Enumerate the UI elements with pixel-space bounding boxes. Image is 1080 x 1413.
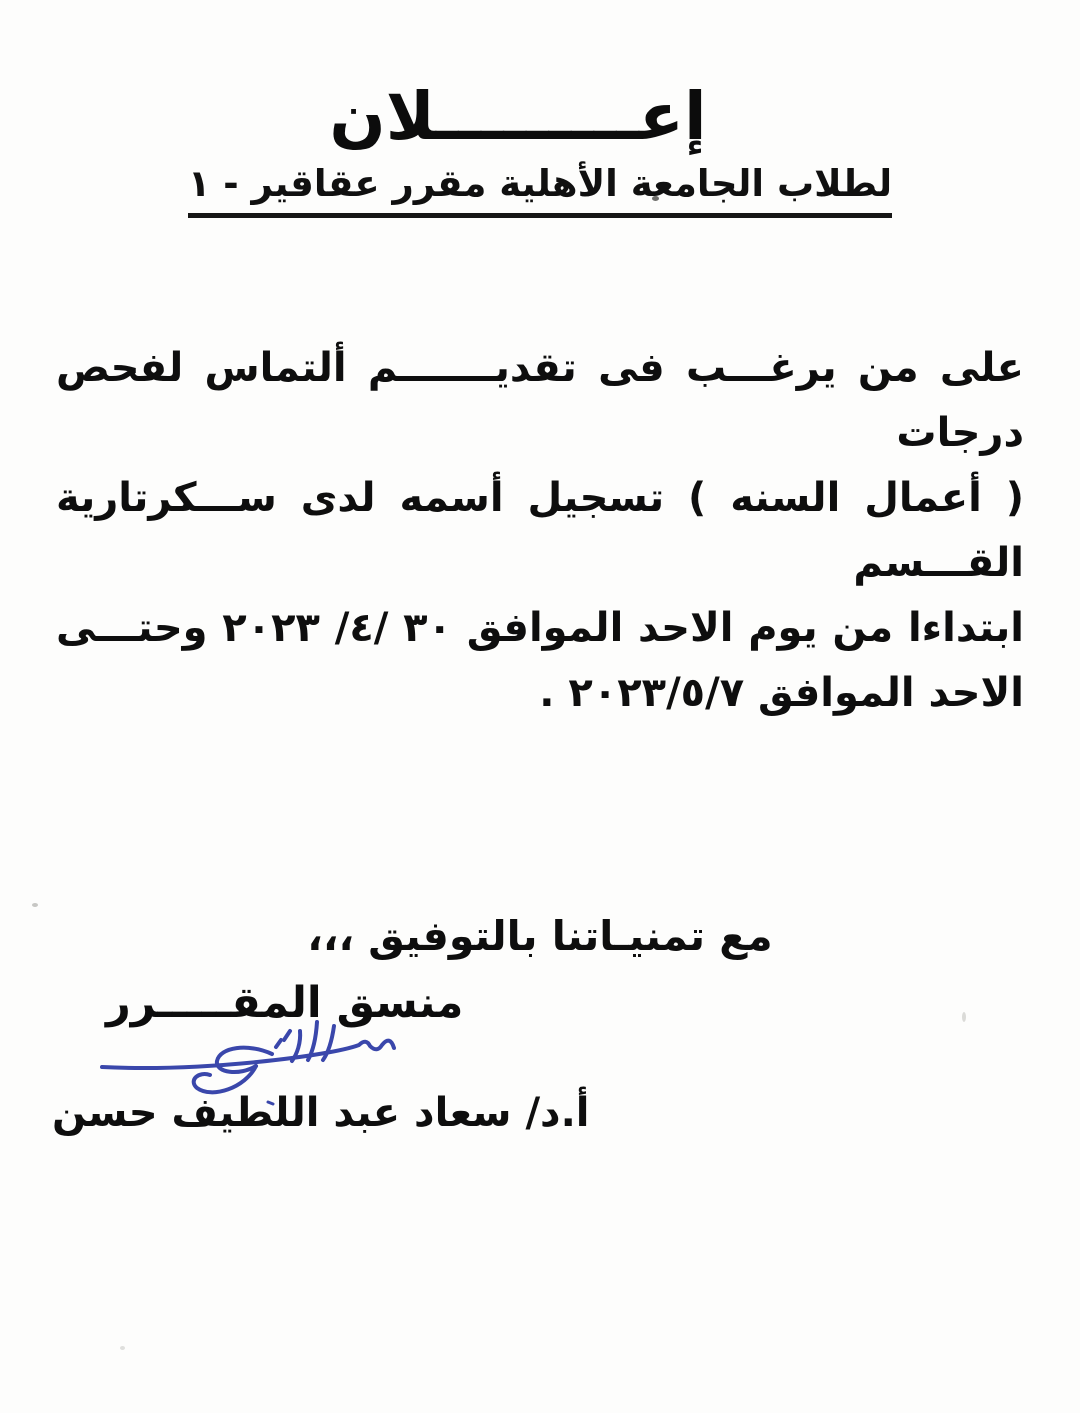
scanned-announcement-page: إعـــــــــلان لطلاب الجامعة الأهلية مقر… [0,0,1080,1413]
scan-speck [120,1346,125,1350]
page-subtitle: لطلاب الجامعة الأهلية مقرر عقاقير - ١ [188,161,892,218]
body-line-4: الاحد الموافق ٧‏/٥‏/٢٠٢٣ . [56,661,1024,726]
announcement-header: إعـــــــــلان لطلاب الجامعة الأهلية مقر… [0,0,1080,218]
coordinator-name: أ.د/ سعاد عبد اللطيف حسن [52,1090,589,1136]
body-line-1: على من يرغـــب فى تقديـــــــم ألتماس لف… [56,336,1024,466]
scan-speck [962,1012,966,1022]
page-title: إعـــــــــلان [329,78,706,155]
announcement-body: على من يرغـــب فى تقديـــــــم ألتماس لف… [56,336,1024,726]
body-line-3: ابتداءا من يوم الاحد الموافق ٣٠ ‏/٤‏/ ٢٠… [56,596,1024,661]
scan-speck [32,903,38,907]
body-line-2: ( أعمال السنه ) تسجيل أسمه لدى ســـكرتار… [56,466,1024,596]
scan-speck [652,196,659,201]
closing-wishes: مع تمنيـاتنا بالتوفيق ،،، [0,912,1080,960]
